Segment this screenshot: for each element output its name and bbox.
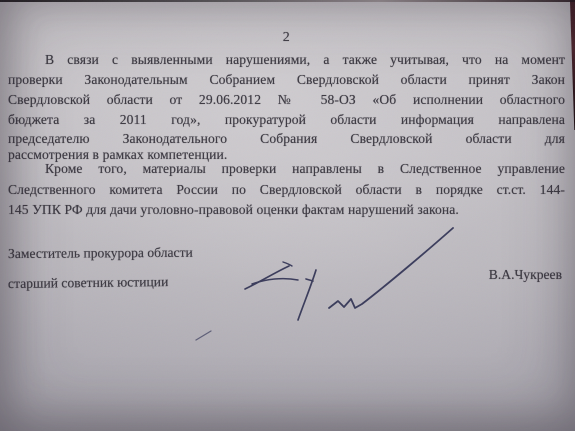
body-line: Кроме того, материалы проверки направлен… [8, 161, 565, 177]
signoff-title-line1: Заместитель прокурора области [8, 245, 193, 262]
body-line: председателю Законодательного Собрания С… [8, 131, 565, 147]
body-line: В связи с выявленными нарушениями, а так… [8, 52, 565, 68]
body-line: проверки Законодательным Собранием Сверд… [8, 72, 565, 88]
signoff-title-line2: старший советник юстиции [8, 274, 168, 292]
page-number: 2 [8, 30, 565, 46]
scanned-document-photo: 2 В связи с выявленными нарушениями, а т… [0, 0, 575, 431]
body-line: Следственного комитета России по Свердло… [8, 182, 565, 198]
body-line: Свердловской области от 29.06.2012 № 58-… [8, 92, 565, 108]
body-line: 145 УПК РФ для дачи уголовно-правовой оц… [8, 202, 565, 218]
photo-top-edge [0, 0, 575, 2]
signer-name: В.А.Чукреев [489, 267, 562, 283]
body-line: бюджета за 2011 год», прокуратурой облас… [8, 112, 565, 128]
